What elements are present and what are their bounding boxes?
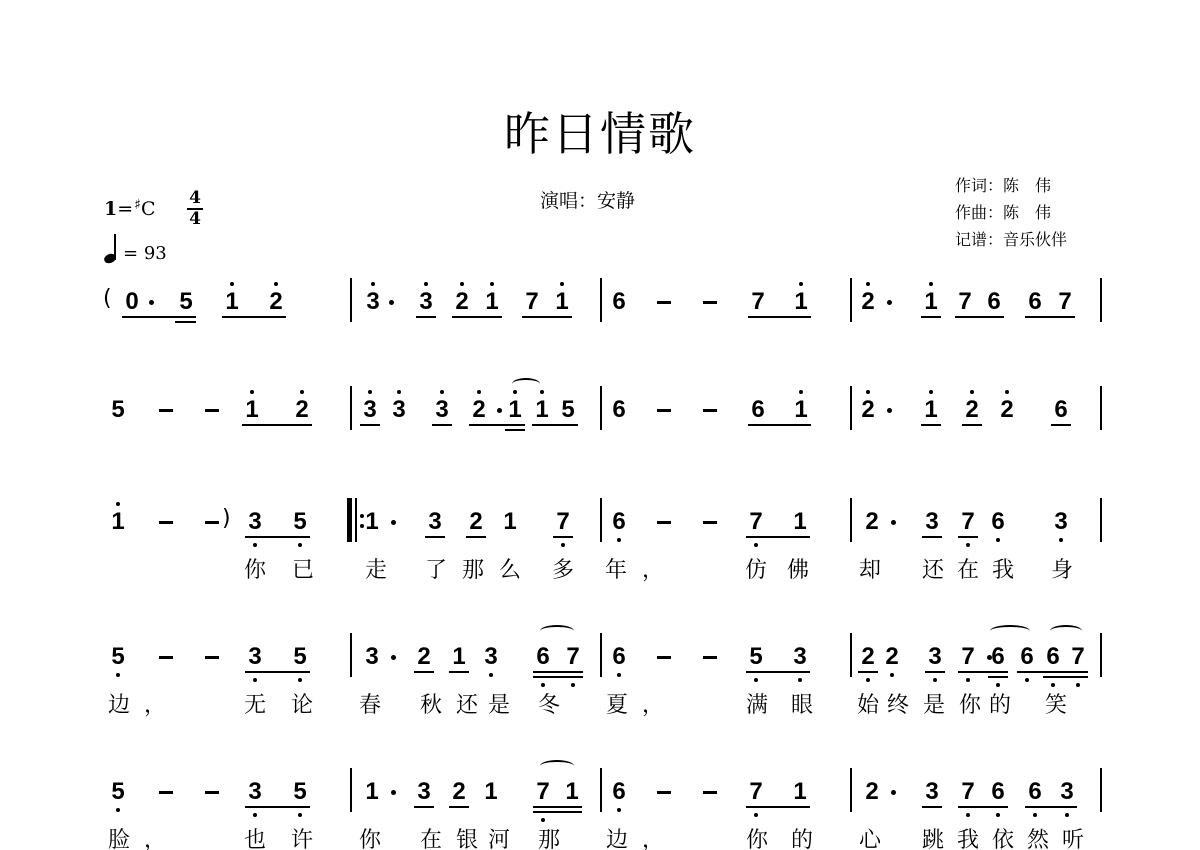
beam-underline [1043, 676, 1088, 678]
note: 1 [552, 290, 572, 314]
octave-down-dot [996, 813, 1000, 817]
key-tonic: 1 [104, 198, 117, 220]
note: 2 [466, 510, 486, 534]
transcriber-credit: 记谱：音乐伙伴 [955, 226, 1067, 253]
note: 1 [790, 510, 810, 534]
note: 1 [921, 398, 941, 422]
lyric: ， [142, 694, 168, 718]
note: 3 [362, 645, 382, 669]
beam-underline [962, 424, 982, 426]
octave-down-dot [754, 678, 758, 682]
octave-down-dot [1033, 813, 1037, 817]
note: 1 [449, 645, 469, 669]
barline [350, 386, 352, 430]
tempo-equals: = [123, 243, 138, 264]
octave-up-dot [866, 282, 870, 286]
singer-credit: 演唱：安静 [540, 186, 635, 213]
note: 3 [416, 290, 436, 314]
sharp-icon: ♯ [134, 197, 141, 213]
barline [850, 278, 852, 322]
note: 3 [425, 510, 445, 534]
octave-down-dot [1065, 813, 1069, 817]
sustain-dash [159, 656, 173, 659]
note: 6 [984, 290, 1004, 314]
sustain-dash [205, 791, 219, 794]
sustain-dash [205, 521, 219, 524]
note: 3 [925, 645, 945, 669]
octave-up-dot [250, 390, 254, 394]
note: 1 [921, 290, 941, 314]
note: 2 [452, 290, 472, 314]
octave-up-dot [371, 282, 375, 286]
beam-underline [922, 536, 942, 538]
octave-down-dot [754, 813, 758, 817]
credits-block: 作词：陈 伟 作曲：陈 伟 记谱：音乐伙伴 [955, 172, 1067, 253]
augmentation-dot [391, 655, 396, 660]
beam-underline [175, 321, 196, 323]
lyric: 边 [106, 694, 132, 718]
lyric: 许 [289, 829, 315, 850]
note: 5 [558, 398, 578, 422]
octave-up-dot [970, 390, 974, 394]
note: 6 [609, 645, 629, 669]
lyric: 听 [1060, 829, 1086, 850]
octave-up-dot [440, 390, 444, 394]
octave-up-dot [560, 282, 564, 286]
note: 2 [292, 398, 312, 422]
augmentation-dot [391, 520, 396, 525]
note: 2 [858, 645, 878, 669]
note: 3 [414, 780, 434, 804]
beam-underline [245, 536, 310, 538]
beam-underline [533, 671, 583, 673]
note: 6 [1025, 290, 1045, 314]
octave-down-dot [253, 813, 257, 817]
octave-down-dot [966, 813, 970, 817]
augmentation-dot [391, 790, 396, 795]
note: 1 [362, 780, 382, 804]
beam-underline [469, 424, 525, 426]
note: 5 [746, 645, 766, 669]
augmentation-dot [389, 300, 394, 305]
beam-underline [958, 806, 1008, 808]
note: 3 [245, 510, 265, 534]
octave-up-dot [799, 282, 803, 286]
octave-down-dot [754, 543, 758, 547]
barline [350, 768, 352, 812]
note: 3 [245, 780, 265, 804]
barline [600, 386, 602, 430]
note: 2 [414, 645, 434, 669]
octave-down-dot [617, 673, 621, 677]
octave-up-dot [230, 282, 234, 286]
note: 1 [532, 398, 552, 422]
sustain-dash [703, 301, 717, 304]
sustain-dash [205, 409, 219, 412]
lyric: 却 [857, 559, 883, 583]
sustain-dash [657, 409, 671, 412]
octave-up-dot [929, 390, 933, 394]
note: 2 [862, 510, 882, 534]
beam-underline [748, 316, 811, 318]
sustain-dash [703, 791, 717, 794]
lyric: 依 [990, 829, 1016, 850]
beam-underline [1025, 316, 1075, 318]
octave-down-dot [1051, 683, 1055, 687]
lyric: 佛 [785, 559, 811, 583]
repeat-barline-thin [355, 498, 357, 542]
note: 5 [108, 398, 128, 422]
octave-down-dot [617, 808, 621, 812]
note: 2 [882, 645, 902, 669]
barline [600, 633, 602, 677]
beam-underline [958, 671, 1008, 673]
beam-underline [245, 806, 310, 808]
octave-down-dot [890, 673, 894, 677]
octave-down-dot [996, 538, 1000, 542]
note: 2 [962, 398, 982, 422]
octave-up-dot [866, 390, 870, 394]
octave-down-dot [996, 683, 1000, 687]
note: 1 [108, 510, 128, 534]
barline [350, 278, 352, 322]
note: 6 [609, 510, 629, 534]
octave-down-dot [489, 673, 493, 677]
barline [1100, 278, 1102, 322]
lyric: ， [640, 829, 666, 850]
beam-underline [746, 806, 810, 808]
beam-underline [746, 536, 810, 538]
note: 3 [1057, 780, 1077, 804]
octave-down-dot [116, 808, 120, 812]
note: 7 [955, 290, 975, 314]
note: 1 [481, 780, 501, 804]
beam-underline [533, 811, 582, 813]
beam-underline [416, 316, 436, 318]
augmentation-dot [887, 408, 892, 413]
beam-underline [958, 536, 978, 538]
lyric: 然 [1025, 829, 1051, 850]
octave-down-dot [561, 543, 565, 547]
sustain-dash [205, 656, 219, 659]
sustain-dash [159, 521, 173, 524]
octave-down-dot [1076, 683, 1080, 687]
octave-up-dot [929, 282, 933, 286]
note: 2 [266, 290, 286, 314]
lyric: 么 [497, 559, 523, 583]
octave-down-dot [298, 678, 302, 682]
lyric: 是 [486, 694, 512, 718]
note: 1 [791, 398, 811, 422]
tempo-bpm: 93 [144, 243, 167, 264]
note: 6 [533, 645, 553, 669]
beam-underline [242, 424, 312, 426]
octave-up-dot [490, 282, 494, 286]
lyric: 脸 [106, 829, 132, 850]
barline [1100, 386, 1102, 430]
time-signature: 4 4 [187, 190, 203, 228]
octave-down-dot [798, 678, 802, 682]
augmentation-dot [891, 790, 896, 795]
octave-up-dot [397, 390, 401, 394]
note: 6 [1017, 645, 1037, 669]
key-equals: = [117, 198, 133, 220]
time-signature-top: 4 [187, 190, 203, 207]
barline [1100, 768, 1102, 812]
note: 2 [862, 780, 882, 804]
note: 7 [746, 510, 766, 534]
beam-underline [532, 424, 578, 426]
beam-underline [505, 429, 525, 431]
beam-underline [553, 536, 573, 538]
octave-down-dot [541, 818, 545, 822]
beam-underline [425, 536, 445, 538]
lyric: 银 [454, 829, 480, 850]
note: 5 [290, 780, 310, 804]
sustain-dash [703, 409, 717, 412]
note: 7 [748, 290, 768, 314]
note: 3 [245, 645, 265, 669]
lyric: 终 [885, 694, 911, 718]
note: 6 [1051, 398, 1071, 422]
tie-slur [540, 760, 574, 772]
beam-underline [449, 806, 469, 808]
augmentation-dot [987, 655, 992, 660]
beam-underline [1017, 671, 1088, 673]
note: 3 [790, 645, 810, 669]
octave-down-dot [571, 683, 575, 687]
note: 5 [108, 780, 128, 804]
sustain-dash [159, 409, 173, 412]
beam-underline [1025, 806, 1077, 808]
lyric: 论 [289, 694, 315, 718]
octave-up-dot [116, 502, 120, 506]
lyric: 河 [486, 829, 512, 850]
lyric: 夏 [604, 694, 630, 718]
octave-down-dot [866, 678, 870, 682]
note: 6 [988, 510, 1008, 534]
augmentation-dot [497, 408, 502, 413]
note: 1 [500, 510, 520, 534]
note: 3 [922, 510, 942, 534]
octave-up-dot [513, 390, 517, 394]
octave-down-dot [966, 678, 970, 682]
note: 6 [748, 398, 768, 422]
octave-up-dot [424, 282, 428, 286]
beam-underline [414, 671, 434, 673]
barline [850, 633, 852, 677]
note: 3 [363, 290, 383, 314]
octave-down-dot [541, 683, 545, 687]
lyric: 我 [955, 829, 981, 850]
beam-underline [1051, 424, 1071, 426]
sustain-dash [657, 301, 671, 304]
lyric: 秋 [418, 694, 444, 718]
beam-underline [921, 424, 941, 426]
beam-underline [522, 316, 572, 318]
close-parenthesis: ) [222, 506, 231, 531]
beam-underline [222, 316, 286, 318]
composer-credit: 作曲：陈 伟 [955, 199, 1067, 226]
lyric: 始 [855, 694, 881, 718]
barline [1100, 498, 1102, 542]
song-title: 昨日情歌 [0, 98, 1200, 164]
note: 1 [562, 780, 582, 804]
octave-up-dot [799, 390, 803, 394]
lyric: 是 [921, 694, 947, 718]
barline [350, 633, 352, 677]
note: 3 [1051, 510, 1071, 534]
note: 7 [746, 780, 766, 804]
note: 7 [522, 290, 542, 314]
time-signature-bottom: 4 [187, 211, 203, 228]
octave-down-dot [298, 813, 302, 817]
beam-underline [449, 671, 469, 673]
lyric: 在 [418, 829, 444, 850]
lyric: 仿 [743, 559, 769, 583]
lyric: 了 [423, 559, 449, 583]
key-note: C [141, 198, 156, 220]
note: 1 [791, 290, 811, 314]
note: 7 [533, 780, 553, 804]
lyric: 在 [955, 559, 981, 583]
repeat-dot [360, 514, 364, 518]
lyric: 笑 [1043, 694, 1069, 718]
note: 3 [360, 398, 380, 422]
beam-underline [533, 676, 583, 678]
note: 3 [432, 398, 452, 422]
lyric: 无 [242, 694, 268, 718]
note: 7 [958, 510, 978, 534]
note: 2 [858, 290, 878, 314]
lyric: 满 [744, 694, 770, 718]
octave-down-dot [253, 543, 257, 547]
lyric: 走 [363, 559, 389, 583]
octave-up-dot [477, 390, 481, 394]
note: 5 [176, 290, 196, 314]
octave-down-dot [933, 678, 937, 682]
lyric: 的 [987, 694, 1013, 718]
beam-underline [432, 424, 452, 426]
lyric: 身 [1049, 559, 1075, 583]
note: 7 [563, 645, 583, 669]
note: 2 [997, 398, 1017, 422]
note: 6 [988, 780, 1008, 804]
octave-up-dot [460, 282, 464, 286]
lyric: 心 [857, 829, 883, 850]
note: 3 [922, 780, 942, 804]
lyric: 多 [550, 559, 576, 583]
note: 6 [609, 398, 629, 422]
octave-up-dot [540, 390, 544, 394]
beam-underline [452, 316, 502, 318]
quarter-note-icon [103, 234, 117, 264]
note: 5 [108, 645, 128, 669]
octave-up-dot [274, 282, 278, 286]
augmentation-dot [891, 520, 896, 525]
open-parenthesis: ( [103, 286, 112, 311]
lyricist-credit: 作词：陈 伟 [955, 172, 1067, 199]
barline [600, 498, 602, 542]
beam-underline [533, 806, 582, 808]
barline [600, 278, 602, 322]
note: 1 [482, 290, 502, 314]
sustain-dash [657, 656, 671, 659]
note: 7 [1055, 290, 1075, 314]
repeat-barline-thick [347, 498, 352, 542]
lyric: 那 [536, 829, 562, 850]
beam-underline [988, 676, 1008, 678]
note: 1 [362, 510, 382, 534]
sustain-dash [657, 791, 671, 794]
note: 2 [858, 398, 878, 422]
barline [1100, 633, 1102, 677]
lyric: 那 [460, 559, 486, 583]
barline [600, 768, 602, 812]
beam-underline [955, 316, 1004, 318]
note: 1 [505, 398, 525, 422]
note: 0 [122, 290, 142, 314]
note: 6 [609, 290, 629, 314]
lyric: 年 [603, 559, 629, 583]
beam-underline [245, 671, 310, 673]
octave-down-dot [1059, 538, 1063, 542]
octave-down-dot [1025, 678, 1029, 682]
lyric: 跳 [920, 829, 946, 850]
octave-up-dot [1005, 390, 1009, 394]
beam-underline [922, 806, 942, 808]
octave-up-dot [368, 390, 372, 394]
sustain-dash [703, 521, 717, 524]
octave-up-dot [300, 390, 304, 394]
note: 5 [290, 645, 310, 669]
barline [850, 386, 852, 430]
lyric: 你 [744, 829, 770, 850]
tie-slur [540, 625, 574, 637]
lyric: 眼 [789, 694, 815, 718]
note: 2 [469, 398, 489, 422]
lyric: 你 [957, 694, 983, 718]
tempo-marking: = 93 [103, 234, 167, 264]
beam-underline [921, 316, 941, 318]
octave-down-dot [253, 678, 257, 682]
note: 1 [242, 398, 262, 422]
tie-slur [512, 378, 540, 390]
note: 7 [553, 510, 573, 534]
lyric: 春 [357, 694, 383, 718]
beam-underline [925, 671, 945, 673]
key-signature: 1=♯C [104, 197, 155, 220]
lyric: ， [640, 694, 666, 718]
sustain-dash [657, 521, 671, 524]
octave-down-dot [298, 543, 302, 547]
note: 6 [1043, 645, 1063, 669]
note: 3 [389, 398, 409, 422]
lyric: ， [142, 829, 168, 850]
augmentation-dot [887, 300, 892, 305]
note: 6 [609, 780, 629, 804]
lyric: 已 [290, 559, 316, 583]
lyric: ， [640, 559, 666, 583]
note: 7 [958, 780, 978, 804]
augmentation-dot [149, 300, 154, 305]
lyric: 我 [990, 559, 1016, 583]
note: 2 [449, 780, 469, 804]
sustain-dash [703, 656, 717, 659]
barline [850, 498, 852, 542]
note: 7 [958, 645, 978, 669]
beam-underline [360, 424, 380, 426]
